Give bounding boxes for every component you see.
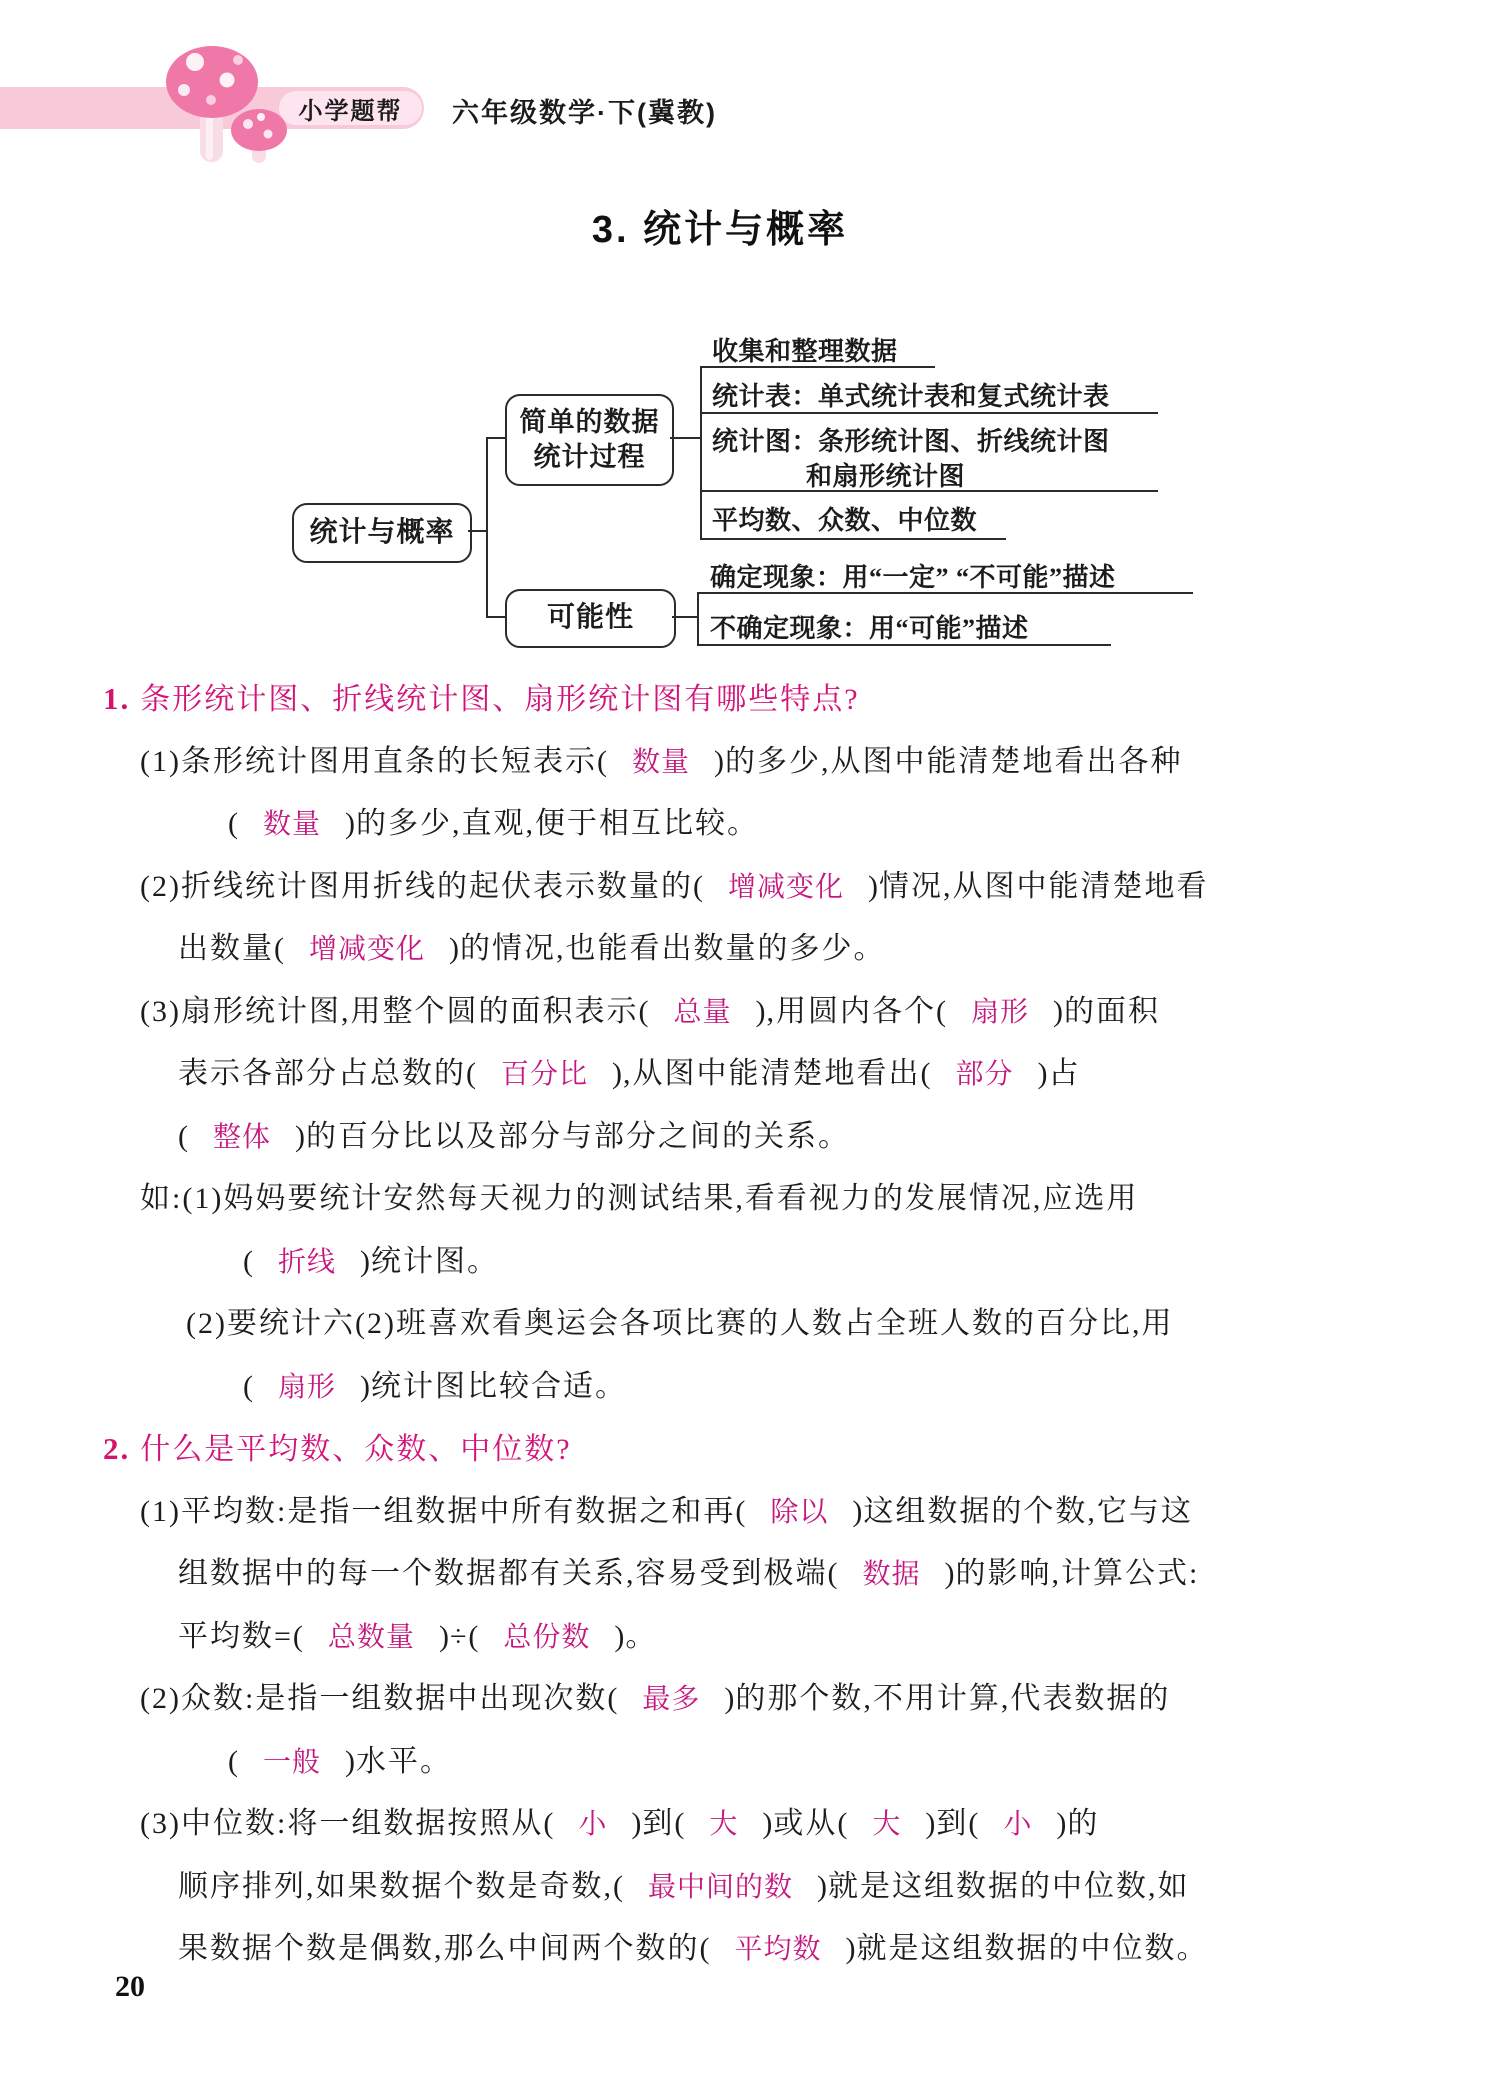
row-underline	[697, 644, 1111, 646]
answer-blank: (扇形)	[243, 1370, 371, 1403]
text-segment: 平均数=	[178, 1620, 293, 1653]
text-segment: 到	[936, 1807, 968, 1840]
page-number: 20	[115, 1970, 145, 2004]
text-segment: 水平。	[356, 1745, 452, 1778]
edition-title: 六年级数学·下(冀教)	[452, 91, 717, 130]
answer-text: 平均数	[735, 1934, 822, 1965]
brand-pill: 小学题帮	[279, 91, 422, 125]
text-line: (1)平均数:是指一组数据中所有数据之和再(除以)这组数据的个数,它与这	[0, 1481, 1506, 1544]
answer-text: 总数量	[328, 1622, 415, 1653]
answer-text: 一般	[263, 1747, 321, 1778]
group-bracket-line	[700, 366, 702, 540]
text-segment: ,从图中能清楚地看出	[623, 1057, 921, 1090]
text-segment: 的百分比以及部分与部分之间的关系。	[306, 1120, 850, 1153]
answer-text: 扇形	[278, 1372, 336, 1403]
answer-text: 数量	[263, 809, 321, 840]
text-line: 果数据个数是偶数,那么中间两个数的(平均数)就是这组数据的中位数。	[0, 1918, 1506, 1981]
text-segment: (3)扇形统计图,用整个圆的面积表示	[140, 995, 638, 1028]
brand-label: 小学题帮	[299, 91, 403, 126]
answer-text: 百分比	[501, 1059, 588, 1090]
text-line: (折线)统计图。	[0, 1231, 1506, 1294]
text-segment: 。	[625, 1620, 657, 1653]
question-heading: 1.条形统计图、折线统计图、扇形统计图有哪些特点?	[0, 668, 1506, 731]
answer-blank: (部分)	[921, 1057, 1049, 1090]
row-underline	[700, 412, 1158, 414]
question-number: 2.	[103, 1431, 130, 1466]
row-underline	[700, 538, 1006, 540]
answer-text: 最中间的数	[648, 1872, 793, 1903]
text-segment: 的那个数,不用计算,代表数据的	[735, 1682, 1170, 1715]
text-line: (整体)的百分比以及部分与部分之间的关系。	[0, 1106, 1506, 1169]
row-underline	[700, 366, 935, 368]
answer-blank: (总量)	[638, 995, 766, 1028]
text-line: (一般)水平。	[0, 1731, 1506, 1794]
concept-box-data-process: 简单的数据 统计过程	[505, 394, 674, 486]
answer-text: 大	[709, 1809, 738, 1840]
concept-row: 收集和整理数据	[712, 331, 898, 368]
text-line: (扇形)统计图比较合适。	[0, 1356, 1506, 1419]
text-segment: 组数据中的每一个数据都有关系,容易受到极端	[178, 1557, 828, 1590]
answer-blank: (平均数)	[700, 1932, 857, 1965]
text-line: 出数量(增减变化)的情况,也能看出数量的多少。	[0, 918, 1506, 981]
text-segment: 情况,从图中能清楚地看	[879, 870, 1209, 903]
connector-line	[486, 616, 505, 618]
row-underline	[700, 490, 1158, 492]
answer-blank: (小)	[543, 1807, 642, 1840]
text-segment: 表示各部分占总数的	[178, 1057, 466, 1090]
text-segment: 果数据个数是偶数,那么中间两个数的	[178, 1932, 700, 1965]
mushroom-logo-icon	[148, 40, 300, 168]
connector-line	[486, 437, 488, 618]
concept-row: 确定现象：用“一定” “不可能”描述	[710, 557, 1116, 594]
answer-blank: (数量)	[228, 807, 356, 840]
text-line: (3)中位数:将一组数据按照从(小)到(大)或从(大)到(小)的	[0, 1793, 1506, 1856]
answer-blank: (除以)	[735, 1495, 863, 1528]
text-segment: 出数量	[178, 932, 274, 965]
text-segment: (2)众数:是指一组数据中出现次数	[140, 1682, 607, 1715]
concept-row: 平均数、众数、中位数	[712, 500, 977, 537]
text-line: (1)条形统计图用直条的长短表示(数量)的多少,从图中能清楚地看出各种	[0, 731, 1506, 794]
question-heading: 2.什么是平均数、众数、中位数?	[0, 1418, 1506, 1481]
connector-line	[486, 437, 505, 439]
answer-blank: (扇形)	[936, 995, 1064, 1028]
question-content: 1.条形统计图、折线统计图、扇形统计图有哪些特点?(1)条形统计图用直条的长短表…	[0, 668, 1506, 1981]
concept-row: 和扇形统计图	[806, 456, 965, 493]
concept-box-root-label: 统计与概率	[309, 515, 454, 551]
concept-row: 不确定现象：用“可能”描述	[710, 608, 1029, 645]
answer-blank: (总数量)	[293, 1620, 450, 1653]
text-segment: (1)平均数:是指一组数据中所有数据之和再	[140, 1495, 735, 1528]
answer-blank: (小)	[968, 1807, 1067, 1840]
concept-row: 统计图：条形统计图、折线统计图	[712, 421, 1110, 458]
text-segment: 的多少,直观,便于相互比较。	[356, 807, 759, 840]
answer-text: 总量	[673, 997, 731, 1028]
text-segment: 这组数据的个数,它与这	[863, 1495, 1193, 1528]
text-line: (2)要统计六(2)班喜欢看奥运会各项比赛的人数占全班人数的百分比,用	[0, 1293, 1506, 1356]
text-segment: 的	[1067, 1807, 1099, 1840]
text-line: 顺序排列,如果数据个数是奇数,(最中间的数)就是这组数据的中位数,如	[0, 1856, 1506, 1919]
question-text: 什么是平均数、众数、中位数?	[140, 1433, 571, 1466]
text-segment: (2)要统计六(2)班喜欢看奥运会各项比赛的人数占全班人数的百分比,用	[186, 1307, 1173, 1340]
answer-text: 小	[578, 1809, 607, 1840]
answer-text: 数量	[632, 747, 690, 778]
concept-box-possibility: 可能性	[505, 589, 676, 648]
text-line: 组数据中的每一个数据都有关系,容易受到极端(数据)的影响,计算公式:	[0, 1543, 1506, 1606]
answer-blank: (增减变化)	[693, 870, 879, 903]
text-segment: 如:(1)妈妈要统计安然每天视力的测试结果,看看视力的发展情况,应选用	[140, 1182, 1138, 1215]
answer-text: 大	[872, 1809, 901, 1840]
answer-blank: (最多)	[607, 1682, 735, 1715]
text-segment: (3)中位数:将一组数据按照从	[140, 1807, 543, 1840]
text-segment: 占	[1049, 1057, 1081, 1090]
answer-text: 折线	[278, 1247, 336, 1278]
text-segment: 就是这组数据的中位数,如	[828, 1870, 1190, 1903]
answer-text: 总份数	[503, 1622, 590, 1653]
text-line: (2)折线统计图用折线的起伏表示数量的(增减变化)情况,从图中能清楚地看	[0, 856, 1506, 919]
answer-text: 最多	[642, 1684, 700, 1715]
group-bracket-line	[697, 592, 699, 646]
text-segment: 的情况,也能看出数量的多少。	[460, 932, 886, 965]
text-segment: ÷	[450, 1620, 468, 1653]
answer-blank: (增减变化)	[274, 932, 460, 965]
answer-blank: (折线)	[243, 1245, 371, 1278]
text-line: 表示各部分占总数的(百分比),从图中能清楚地看出(部分)占	[0, 1043, 1506, 1106]
page-title: 3. 统计与概率	[0, 198, 1440, 253]
text-segment: 的多少,从图中能清楚地看出各种	[725, 745, 1183, 778]
text-segment: 统计图。	[371, 1245, 499, 1278]
answer-text: 增减变化	[309, 934, 425, 965]
text-segment: 到	[642, 1807, 674, 1840]
text-segment: 的影响,计算公式:	[956, 1557, 1200, 1590]
answer-text: 除以	[770, 1497, 828, 1528]
text-line: (2)众数:是指一组数据中出现次数(最多)的那个数,不用计算,代表数据的	[0, 1668, 1506, 1731]
answer-blank: (大)	[674, 1807, 773, 1840]
concept-box-root: 统计与概率	[292, 503, 472, 563]
question-text: 条形统计图、折线统计图、扇形统计图有哪些特点?	[140, 683, 859, 716]
answer-blank: (最中间的数)	[613, 1870, 828, 1903]
text-segment: (2)折线统计图用折线的起伏表示数量的	[140, 870, 693, 903]
text-segment: ,用圆内各个	[767, 995, 937, 1028]
question-number: 1.	[103, 681, 130, 716]
row-underline	[697, 592, 1193, 594]
answer-text: 增减变化	[728, 872, 844, 903]
connector-line	[468, 530, 486, 532]
answer-blank: (整体)	[178, 1120, 306, 1153]
answer-blank: (百分比)	[466, 1057, 623, 1090]
answer-blank: (数据)	[828, 1557, 956, 1590]
text-segment: 就是这组数据的中位数。	[857, 1932, 1209, 1965]
text-segment: 或从	[773, 1807, 837, 1840]
connector-line	[672, 616, 697, 618]
concept-box-data-process-label1: 简单的数据	[520, 405, 660, 440]
answer-blank: (一般)	[228, 1745, 356, 1778]
answer-text: 部分	[956, 1059, 1014, 1090]
text-line: 平均数=(总数量)÷(总份数)。	[0, 1606, 1506, 1669]
answer-text: 小	[1003, 1809, 1032, 1840]
answer-blank: (总份数)	[468, 1620, 625, 1653]
text-line: 如:(1)妈妈要统计安然每天视力的测试结果,看看视力的发展情况,应选用	[0, 1168, 1506, 1231]
concept-box-data-process-label2: 统计过程	[534, 440, 646, 475]
text-segment: 的面积	[1064, 995, 1160, 1028]
connector-line	[670, 437, 700, 439]
text-segment: 统计图比较合适。	[371, 1370, 627, 1403]
answer-blank: (数量)	[597, 745, 725, 778]
concept-row: 统计表：单式统计表和复式统计表	[712, 376, 1110, 413]
answer-text: 扇形	[971, 997, 1029, 1028]
text-segment: 顺序排列,如果数据个数是奇数,	[178, 1870, 613, 1903]
text-line: (数量)的多少,直观,便于相互比较。	[0, 793, 1506, 856]
answer-text: 整体	[213, 1122, 271, 1153]
text-segment: (1)条形统计图用直条的长短表示	[140, 745, 597, 778]
answer-blank: (大)	[837, 1807, 936, 1840]
concept-box-possibility-label: 可能性	[547, 600, 634, 636]
answer-text: 数据	[863, 1559, 921, 1590]
text-line: (3)扇形统计图,用整个圆的面积表示(总量),用圆内各个(扇形)的面积	[0, 981, 1506, 1044]
